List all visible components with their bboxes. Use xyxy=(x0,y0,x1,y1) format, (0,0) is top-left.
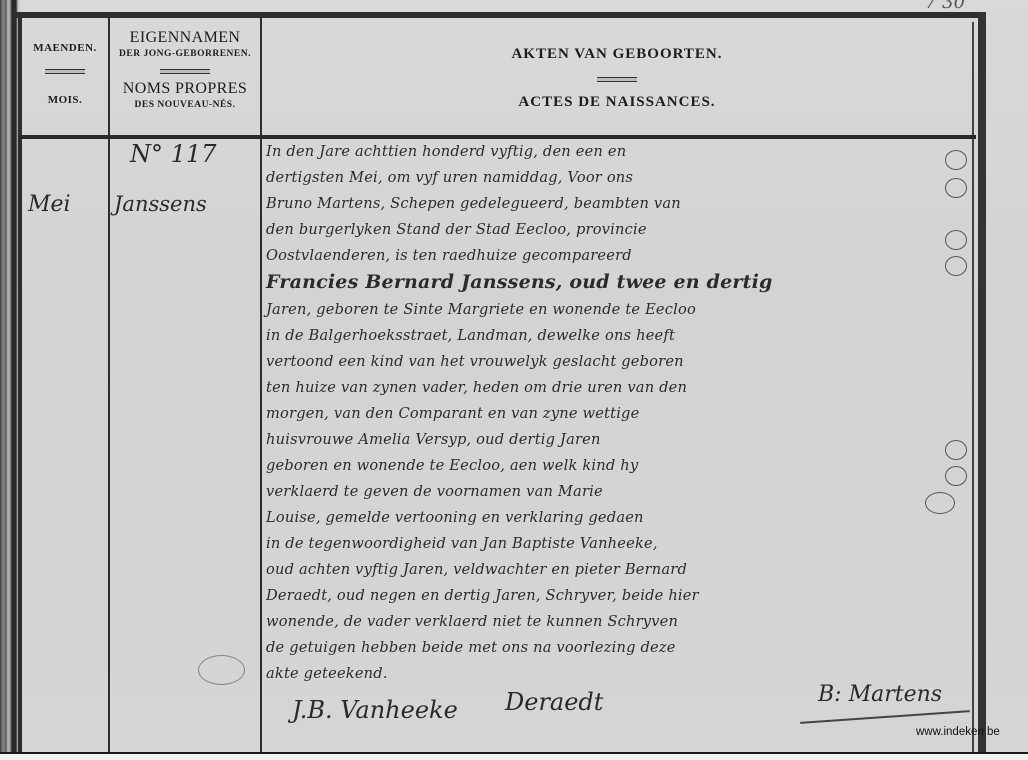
act-line: In den Jare achttien honderd vyftig, den… xyxy=(266,143,626,160)
act-line: vertoond een kind van het vrouwelyk gesl… xyxy=(266,353,684,370)
act-line: geboren en wonende te Eecloo, aen welk k… xyxy=(266,457,638,474)
header-names-fr-sub: DES NOUVEAU-NÉS. xyxy=(110,100,260,110)
act-line: ten huize van zynen vader, heden om drie… xyxy=(266,379,687,396)
act-line: Bruno Martens, Schepen gedelegueerd, bea… xyxy=(266,195,681,212)
book-binding xyxy=(0,0,20,752)
line-end-flourish xyxy=(945,178,967,198)
line-end-flourish xyxy=(945,466,967,486)
header-divider xyxy=(18,135,976,139)
header-acts-fr: ACTES DE NAISSANCES. xyxy=(262,94,972,111)
header-rule xyxy=(597,77,637,82)
act-line: in de Balgerhoeksstraet, Landman, dewelk… xyxy=(266,327,675,344)
watermark: www.indeken.be xyxy=(916,726,1000,738)
act-line: dertigsten Mei, om vyf uren namiddag, Vo… xyxy=(266,169,633,186)
line-end-flourish xyxy=(945,150,967,170)
table-frame-right-inner xyxy=(972,22,974,752)
signature-officer: B: Martens xyxy=(818,682,942,707)
signature-underline xyxy=(800,710,970,724)
header-month-fr: MOIS. xyxy=(22,94,108,106)
line-end-flourish xyxy=(925,492,955,514)
act-line: oud achten vyftig Jaren, veldwachter en … xyxy=(266,561,687,578)
act-line-child-name: verklaerd te geven de voornamen van Mari… xyxy=(266,483,603,500)
act-line: de getuigen hebben beide met ons na voor… xyxy=(266,639,676,656)
entry-surname: Janssens xyxy=(114,192,207,216)
header-names-nl-sub: DER JONG-GEBORRENEN. xyxy=(110,49,260,59)
header-acts-nl: AKTEN VAN GEBOORTEN. xyxy=(262,46,972,63)
header-rule xyxy=(160,69,210,74)
header-names: EIGENNAMEN DER JONG-GEBORRENEN. NOMS PRO… xyxy=(110,20,260,134)
table-frame-right xyxy=(978,12,986,752)
act-line-child-name: Louise, gemelde vertooning en verklaring… xyxy=(266,509,644,526)
act-line: Jaren, geboren te Sinte Margriete en won… xyxy=(266,301,696,318)
header-names-fr-title: NOMS PROPRES xyxy=(110,80,260,98)
act-line-father: Francies Bernard Janssens, oud twee en d… xyxy=(266,271,773,293)
act-line-mother: huisvrouwe Amelia Versyp, oud dertig Jar… xyxy=(266,431,601,448)
header-month: MAENDEN. MOIS. xyxy=(22,20,108,134)
act-line: wonende, de vader verklaerd niet te kunn… xyxy=(266,613,678,630)
header-month-nl: MAENDEN. xyxy=(22,42,108,54)
line-end-flourish xyxy=(945,256,967,276)
act-line: den burgerlyken Stand der Stad Eecloo, p… xyxy=(266,221,647,238)
entry-month: Mei xyxy=(28,192,71,217)
bottom-edge xyxy=(0,752,1028,760)
line-end-flourish xyxy=(945,230,967,250)
line-end-flourish xyxy=(945,440,967,460)
act-line: morgen, van den Comparant en van zyne we… xyxy=(266,405,639,422)
margin-flourish xyxy=(198,655,245,685)
act-line: in de tegenwoordigheid van Jan Baptiste … xyxy=(266,535,658,552)
header-rule xyxy=(45,69,85,74)
act-line: Oostvlaenderen, is ten raedhuize gecompa… xyxy=(266,247,632,264)
entry-number: N° 117 xyxy=(130,140,216,168)
signature-witness-1: J.B. Vanheeke xyxy=(292,696,458,724)
header-names-nl-title: EIGENNAMEN xyxy=(110,29,260,47)
act-line: Deraedt, oud negen en dertig Jaren, Schr… xyxy=(266,587,699,604)
table-frame-top xyxy=(14,12,986,18)
header-acts: AKTEN VAN GEBOORTEN. ACTES DE NAISSANCES… xyxy=(262,20,972,134)
act-line: akte geteekend. xyxy=(266,665,388,682)
signature-witness-2: Deraedt xyxy=(505,688,603,716)
register-page: 7 30 MAENDEN. MOIS. EIGENNAMEN DER JONG-… xyxy=(0,0,1028,752)
